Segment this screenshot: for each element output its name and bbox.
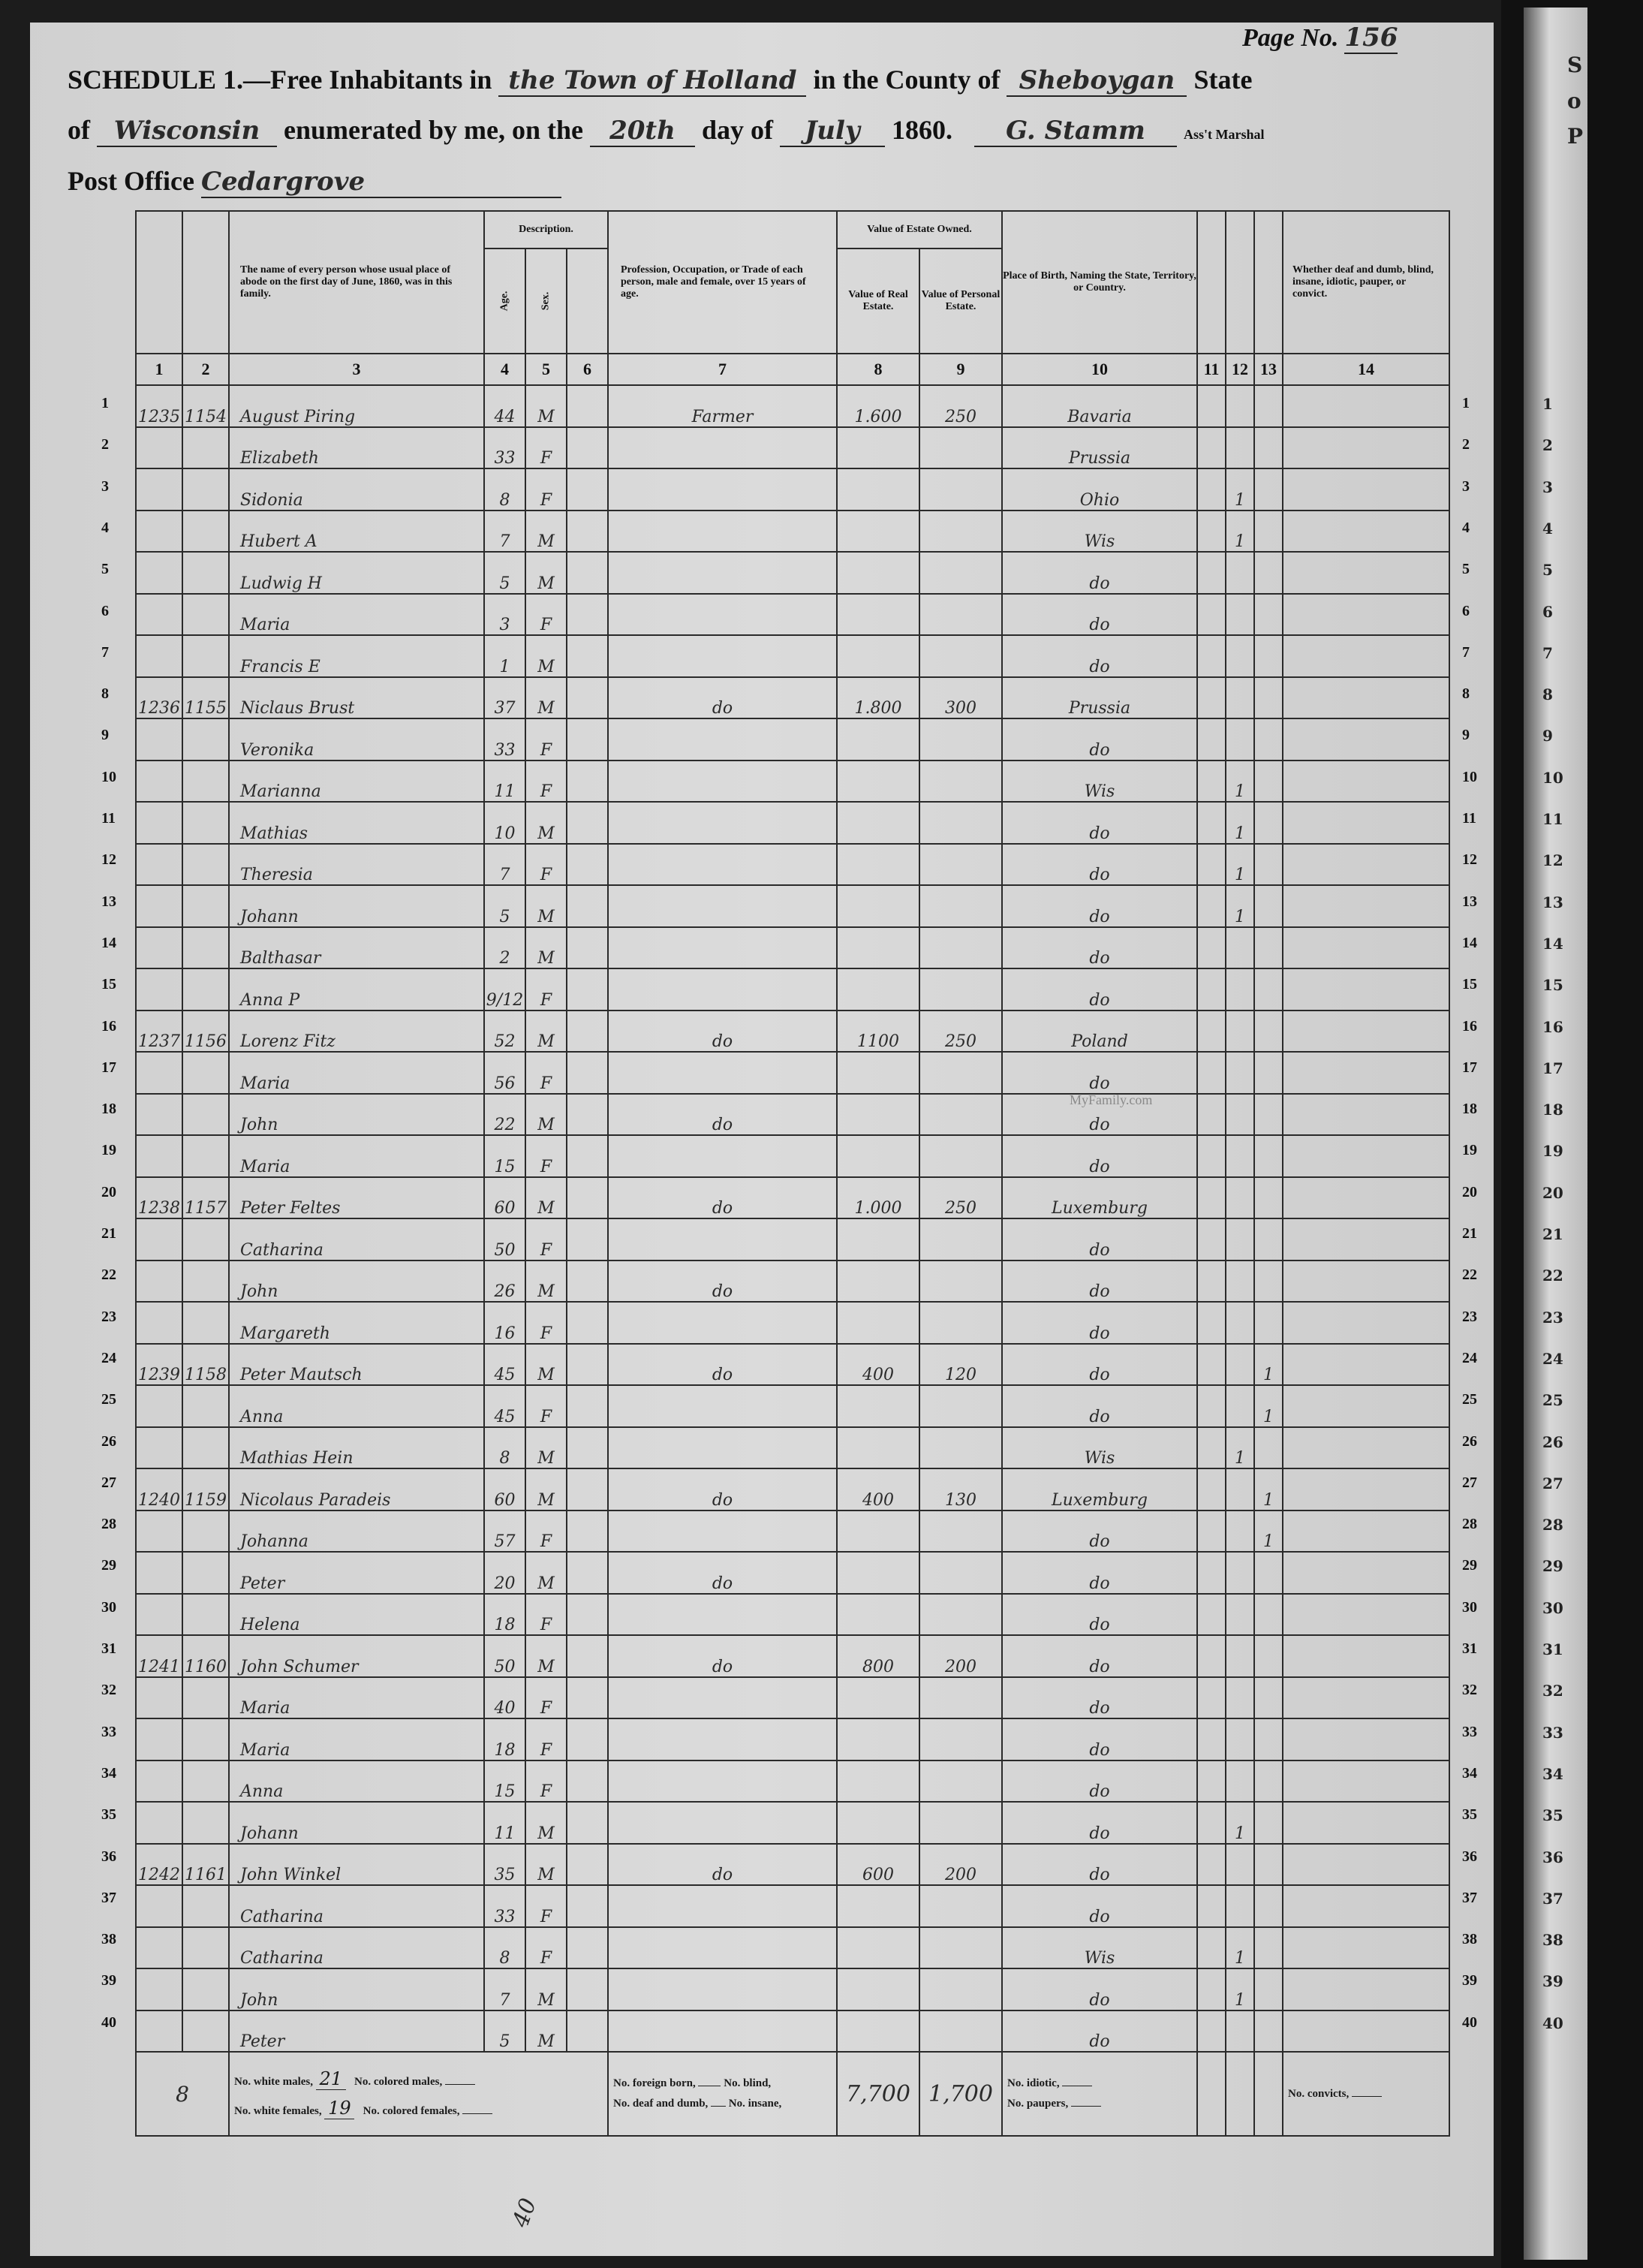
color-cell xyxy=(567,2010,608,2053)
page-number: Page No.156 xyxy=(1242,23,1398,54)
adjacent-row-number: 4 xyxy=(1542,520,1553,538)
dwelling-number-cell: 1242 xyxy=(136,1844,182,1886)
age-cell: 57 xyxy=(484,1510,525,1553)
occupation-cell: do xyxy=(608,1344,837,1386)
age-cell: 16 xyxy=(484,1302,525,1344)
cannot-read-write-cell xyxy=(1254,927,1283,969)
adjacent-row-number: 30 xyxy=(1542,1599,1563,1617)
sex-cell: F xyxy=(525,844,567,886)
cannot-read-write-cell xyxy=(1254,1927,1283,1969)
birthplace-cell: do xyxy=(1002,1302,1197,1344)
birthplace-cell: do xyxy=(1002,1261,1197,1303)
disability-cell xyxy=(1283,677,1449,719)
dwelling-number-cell xyxy=(136,1968,182,2010)
real-estate-value-cell xyxy=(837,1135,919,1177)
birthplace-cell: do xyxy=(1002,1718,1197,1760)
table-row: Helena18Fdo xyxy=(136,1594,1449,1636)
adjacent-row-number: 22 xyxy=(1542,1267,1563,1285)
sex-cell: M xyxy=(525,1468,567,1510)
table-row: Catharina8FWis1 xyxy=(136,1927,1449,1969)
married-cell xyxy=(1197,511,1226,553)
real-estate-value-cell: 800 xyxy=(837,1635,919,1677)
dwellings-note: 8 xyxy=(136,2052,229,2136)
dwelling-number-cell xyxy=(136,635,182,677)
dwelling-number-cell xyxy=(136,1218,182,1261)
sex-cell: F xyxy=(525,594,567,636)
row-number-right: 2 xyxy=(1462,436,1470,453)
dwelling-number-cell xyxy=(136,885,182,927)
attended-school-cell xyxy=(1226,1844,1254,1886)
personal-estate-value-cell: 200 xyxy=(919,1844,1002,1886)
age-cell: 18 xyxy=(484,1594,525,1636)
attended-school-cell xyxy=(1226,1468,1254,1510)
white-females-count: 19 xyxy=(324,2098,354,2119)
occupation-cell xyxy=(608,1135,837,1177)
occupation-cell xyxy=(608,802,837,844)
row-number-right: 4 xyxy=(1462,520,1470,537)
row-number-right: 31 xyxy=(1462,1640,1477,1658)
adjacent-row-number: 21 xyxy=(1542,1225,1563,1243)
cannot-read-write-cell xyxy=(1254,594,1283,636)
occupation-cell xyxy=(608,1385,837,1427)
personal-estate-value-cell xyxy=(919,511,1002,553)
table-row: Balthasar2Mdo xyxy=(136,927,1449,969)
disability-cell xyxy=(1283,718,1449,761)
row-number-left: 7 xyxy=(101,644,109,661)
attended-school-cell xyxy=(1226,1261,1254,1303)
dwelling-number-cell: 1235 xyxy=(136,385,182,427)
disability-cell xyxy=(1283,511,1449,553)
occupation-cell: do xyxy=(608,1844,837,1886)
sex-cell: F xyxy=(525,1052,567,1094)
row-number-left: 28 xyxy=(101,1516,116,1533)
person-name-cell: Peter Feltes xyxy=(229,1177,484,1219)
person-name-cell: Veronika xyxy=(229,718,484,761)
real-estate-value-cell xyxy=(837,1927,919,1969)
occupation-cell: do xyxy=(608,1468,837,1510)
color-cell xyxy=(567,1218,608,1261)
occupation-cell xyxy=(608,1885,837,1927)
married-cell xyxy=(1197,552,1226,594)
attended-school-cell xyxy=(1226,968,1254,1011)
age-cell: 7 xyxy=(484,511,525,553)
real-estate-value-cell xyxy=(837,1677,919,1719)
col-number-11: 11 xyxy=(1197,354,1226,385)
dwelling-number-cell xyxy=(136,1052,182,1094)
person-name-cell: John Schumer xyxy=(229,1635,484,1677)
family-number-cell xyxy=(182,1552,229,1594)
post-office-field: Cedargrove xyxy=(201,167,561,198)
attended-school-cell xyxy=(1226,1594,1254,1636)
color-cell xyxy=(567,885,608,927)
disability-cell xyxy=(1283,635,1449,677)
adjacent-row-number: 3 xyxy=(1542,478,1553,496)
adjacent-row-number: 34 xyxy=(1542,1765,1563,1783)
real-estate-value-cell xyxy=(837,1094,919,1136)
color-cell xyxy=(567,1510,608,1553)
color-cell xyxy=(567,1718,608,1760)
family-number-cell: 1155 xyxy=(182,677,229,719)
disability-cell xyxy=(1283,1718,1449,1760)
sex-cell: M xyxy=(525,2010,567,2053)
real-estate-value-cell xyxy=(837,427,919,469)
attended-school-cell: 1 xyxy=(1226,844,1254,886)
color-cell xyxy=(567,468,608,511)
occupation-cell xyxy=(608,844,837,886)
disability-cell xyxy=(1283,968,1449,1011)
birthplace-cell: do xyxy=(1002,885,1197,927)
real-estate-value-cell: 600 xyxy=(837,1844,919,1886)
disability-cell xyxy=(1283,2010,1449,2053)
married-cell xyxy=(1197,1677,1226,1719)
col-number-7: 7 xyxy=(608,354,837,385)
color-cell xyxy=(567,1052,608,1094)
table-row: Johanna57Fdo1 xyxy=(136,1510,1449,1553)
person-name-cell: Margareth xyxy=(229,1302,484,1344)
person-name-cell: Maria xyxy=(229,1677,484,1719)
col-number-3: 3 xyxy=(229,354,484,385)
person-name-cell: Johann xyxy=(229,1802,484,1844)
age-cell: 15 xyxy=(484,1760,525,1803)
dwelling-number-cell xyxy=(136,552,182,594)
occupation-cell xyxy=(608,1218,837,1261)
personal-estate-value-cell xyxy=(919,1427,1002,1469)
birthplace-cell: do xyxy=(1002,635,1197,677)
color-cell xyxy=(567,1760,608,1803)
personal-estate-value-cell xyxy=(919,594,1002,636)
color-cell xyxy=(567,1468,608,1510)
color-cell xyxy=(567,1135,608,1177)
family-number-cell xyxy=(182,1135,229,1177)
disability-cell xyxy=(1283,1385,1449,1427)
row-number-left: 8 xyxy=(101,685,109,703)
real-estate-value-cell xyxy=(837,1302,919,1344)
married-cell xyxy=(1197,1344,1226,1386)
dwelling-number-cell xyxy=(136,427,182,469)
family-number-cell xyxy=(182,1718,229,1760)
color-cell xyxy=(567,1594,608,1636)
cannot-read-write-cell: 1 xyxy=(1254,1468,1283,1510)
sex-cell: M xyxy=(525,1802,567,1844)
sex-cell: F xyxy=(525,1218,567,1261)
attended-school-cell: 1 xyxy=(1226,1802,1254,1844)
color-cell xyxy=(567,802,608,844)
sex-cell: M xyxy=(525,1968,567,2010)
disability-cell xyxy=(1283,552,1449,594)
age-cell: 7 xyxy=(484,1968,525,2010)
col-school-header: Attended School within the year. xyxy=(1226,211,1254,354)
real-estate-value-cell: 1.800 xyxy=(837,677,919,719)
cannot-read-write-cell: 1 xyxy=(1254,1385,1283,1427)
row-number-left: 9 xyxy=(101,727,109,744)
disability-cell xyxy=(1283,1844,1449,1886)
table-row: Sidonia8FOhio1 xyxy=(136,468,1449,511)
sex-cell: M xyxy=(525,1844,567,1886)
table-row: Catharina50Fdo xyxy=(136,1218,1449,1261)
row-number-left: 29 xyxy=(101,1557,116,1574)
married-cell xyxy=(1197,844,1226,886)
occupation-cell xyxy=(608,1052,837,1094)
birthplace-cell: do xyxy=(1002,802,1197,844)
dwelling-number-cell xyxy=(136,802,182,844)
dwelling-number-cell xyxy=(136,927,182,969)
col-number-4: 4 xyxy=(484,354,525,385)
personal-estate-value-cell xyxy=(919,802,1002,844)
row-number-left: 13 xyxy=(101,893,116,911)
married-cell xyxy=(1197,1052,1226,1094)
day-field: 20th xyxy=(590,116,695,147)
col-number-13: 13 xyxy=(1254,354,1283,385)
age-cell: 33 xyxy=(484,427,525,469)
age-cell: 60 xyxy=(484,1468,525,1510)
color-cell xyxy=(567,1968,608,2010)
col-dwelling-header: Dwelling-houses—numbered in the order of… xyxy=(136,211,182,354)
disability-cell xyxy=(1283,1135,1449,1177)
cannot-read-write-cell xyxy=(1254,1011,1283,1053)
color-cell xyxy=(567,1635,608,1677)
person-name-cell: Marianna xyxy=(229,761,484,803)
description-group-header: Description. xyxy=(484,211,608,248)
birthplace-cell: do xyxy=(1002,594,1197,636)
row-number-right: 18 xyxy=(1462,1101,1477,1118)
age-cell: 8 xyxy=(484,1927,525,1969)
row-number-left: 5 xyxy=(101,561,109,578)
color-cell xyxy=(567,1261,608,1303)
married-cell xyxy=(1197,1468,1226,1510)
age-cell: 3 xyxy=(484,594,525,636)
occupation-cell xyxy=(608,1760,837,1803)
real-estate-value-cell xyxy=(837,1594,919,1636)
row-number-right: 35 xyxy=(1462,1806,1477,1824)
real-estate-value-cell xyxy=(837,927,919,969)
row-number-right: 34 xyxy=(1462,1765,1477,1782)
person-name-cell: Mathias xyxy=(229,802,484,844)
person-name-cell: Maria xyxy=(229,594,484,636)
dwelling-number-cell xyxy=(136,761,182,803)
attended-school-cell xyxy=(1226,718,1254,761)
birthplace-cell: do xyxy=(1002,1885,1197,1927)
personal-estate-value-cell xyxy=(919,1510,1002,1553)
sex-cell: F xyxy=(525,468,567,511)
row-number-left: 3 xyxy=(101,478,109,495)
real-estate-value-cell: 400 xyxy=(837,1468,919,1510)
person-name-cell: Peter xyxy=(229,2010,484,2053)
row-number-right: 21 xyxy=(1462,1225,1477,1242)
person-name-cell: John xyxy=(229,1968,484,2010)
family-number-cell xyxy=(182,1427,229,1469)
person-name-cell: Anna xyxy=(229,1760,484,1803)
family-number-cell xyxy=(182,844,229,886)
row-number-left: 20 xyxy=(101,1184,116,1201)
cannot-read-write-cell xyxy=(1254,1635,1283,1677)
dwelling-number-cell xyxy=(136,1677,182,1719)
marshal-field: G. Stamm xyxy=(974,116,1177,147)
attended-school-cell: 1 xyxy=(1226,761,1254,803)
family-number-cell xyxy=(182,968,229,1011)
birthplace-cell: do xyxy=(1002,1052,1197,1094)
cannot-read-write-cell xyxy=(1254,1885,1283,1927)
sex-cell: M xyxy=(525,1094,567,1136)
sex-cell: M xyxy=(525,552,567,594)
real-estate-value-cell xyxy=(837,1760,919,1803)
family-number-cell xyxy=(182,1760,229,1803)
cannot-read-write-cell xyxy=(1254,1718,1283,1760)
row-number-right: 3 xyxy=(1462,478,1470,495)
dwelling-number-cell xyxy=(136,1427,182,1469)
birthplace-cell: Luxemburg xyxy=(1002,1468,1197,1510)
disability-cell xyxy=(1283,1011,1449,1053)
real-estate-value-cell xyxy=(837,1385,919,1427)
disability-cell xyxy=(1283,385,1449,427)
row-number-left: 1 xyxy=(101,395,109,412)
age-cell: 9/12 xyxy=(484,968,525,1011)
cannot-read-write-cell xyxy=(1254,844,1283,886)
cannot-read-write-cell xyxy=(1254,1218,1283,1261)
dwelling-number-cell: 1237 xyxy=(136,1011,182,1053)
disability-cell xyxy=(1283,885,1449,927)
disability-cell xyxy=(1283,1594,1449,1636)
dwelling-number-cell: 1241 xyxy=(136,1635,182,1677)
personal-estate-value-cell xyxy=(919,635,1002,677)
adjacent-row-number: 37 xyxy=(1542,1890,1563,1908)
table-row: Peter5Mdo xyxy=(136,2010,1449,2053)
married-cell xyxy=(1197,1510,1226,1553)
disability-cell xyxy=(1283,1760,1449,1803)
adjacent-row-number: 6 xyxy=(1542,603,1553,621)
row-number-right: 8 xyxy=(1462,685,1470,703)
married-cell xyxy=(1197,1135,1226,1177)
sex-cell: M xyxy=(525,511,567,553)
real-estate-value-cell xyxy=(837,844,919,886)
birthplace-cell: Prussia xyxy=(1002,677,1197,719)
real-estate-value-cell xyxy=(837,1802,919,1844)
attended-school-cell xyxy=(1226,1677,1254,1719)
disability-cell xyxy=(1283,844,1449,886)
cannot-read-write-cell xyxy=(1254,1677,1283,1719)
row-number-left: 24 xyxy=(101,1350,116,1367)
age-cell: 5 xyxy=(484,2010,525,2053)
married-cell xyxy=(1197,1927,1226,1969)
col-number-6: 6 xyxy=(567,354,608,385)
occupation-cell: do xyxy=(608,1177,837,1219)
family-number-cell xyxy=(182,427,229,469)
dwelling-number-cell xyxy=(136,1718,182,1760)
color-cell xyxy=(567,1302,608,1344)
married-cell xyxy=(1197,2010,1226,2053)
attended-school-cell xyxy=(1226,1135,1254,1177)
personal-estate-value-cell xyxy=(919,1968,1002,2010)
row-number-left: 35 xyxy=(101,1806,116,1824)
attended-school-cell xyxy=(1226,1344,1254,1386)
birthplace-cell: do xyxy=(1002,844,1197,886)
color-cell xyxy=(567,1885,608,1927)
birthplace-cell: Wis xyxy=(1002,761,1197,803)
row-number-right: 7 xyxy=(1462,644,1470,661)
age-cell: 50 xyxy=(484,1218,525,1261)
person-name-cell: Helena xyxy=(229,1594,484,1636)
personal-estate-value-cell: 130 xyxy=(919,1468,1002,1510)
sex-cell: F xyxy=(525,1760,567,1803)
col-real-estate-header: Value of Real Estate. xyxy=(837,248,919,354)
adjacent-row-number: 35 xyxy=(1542,1806,1563,1824)
totals-convicts: No. convicts, xyxy=(1283,2052,1449,2136)
row-number-left: 11 xyxy=(101,810,116,827)
married-cell xyxy=(1197,635,1226,677)
col-birthplace-header: Place of Birth, Naming the State, Territ… xyxy=(1002,211,1197,354)
disability-cell xyxy=(1283,1468,1449,1510)
dwelling-number-cell xyxy=(136,1135,182,1177)
attended-school-cell xyxy=(1226,1760,1254,1803)
disability-cell xyxy=(1283,1302,1449,1344)
family-number-cell: 1156 xyxy=(182,1011,229,1053)
sex-cell: F xyxy=(525,761,567,803)
occupation-cell xyxy=(608,1718,837,1760)
dwelling-number-cell xyxy=(136,844,182,886)
birthplace-cell: do xyxy=(1002,1594,1197,1636)
age-cell: 50 xyxy=(484,1635,525,1677)
table-row: Mathias10Mdo1 xyxy=(136,802,1449,844)
table-row: Maria56Fdo xyxy=(136,1052,1449,1094)
attended-school-cell xyxy=(1226,552,1254,594)
table-row: Veronika33Fdo xyxy=(136,718,1449,761)
attended-school-cell xyxy=(1226,385,1254,427)
person-name-cell: Sidonia xyxy=(229,468,484,511)
family-number-cell: 1159 xyxy=(182,1468,229,1510)
real-estate-value-cell xyxy=(837,718,919,761)
attended-school-cell: 1 xyxy=(1226,1427,1254,1469)
table-row: Ludwig H5Mdo xyxy=(136,552,1449,594)
sex-cell: F xyxy=(525,1385,567,1427)
color-cell xyxy=(567,427,608,469)
table-row: Marianna11FWis1 xyxy=(136,761,1449,803)
row-number-right: 27 xyxy=(1462,1474,1477,1492)
dwelling-number-cell xyxy=(136,1885,182,1927)
table-row: Maria15Fdo xyxy=(136,1135,1449,1177)
birthplace-cell: Prussia xyxy=(1002,427,1197,469)
row-number-left: 23 xyxy=(101,1309,116,1326)
dwelling-number-cell xyxy=(136,1927,182,1969)
disability-cell xyxy=(1283,1927,1449,1969)
age-cell: 56 xyxy=(484,1052,525,1094)
personal-estate-value-cell xyxy=(919,1927,1002,1969)
real-estate-value-cell xyxy=(837,1427,919,1469)
row-number-left: 19 xyxy=(101,1142,116,1159)
cannot-read-write-cell xyxy=(1254,677,1283,719)
person-name-cell: Maria xyxy=(229,1052,484,1094)
col-number-14: 14 xyxy=(1283,354,1449,385)
table-row: 12371156Lorenz Fitz52Mdo1100250Poland xyxy=(136,1011,1449,1053)
enumeration-line: of Wisconsin enumerated by me, on the 20… xyxy=(68,114,1264,147)
sex-cell: F xyxy=(525,427,567,469)
real-estate-value-cell xyxy=(837,1968,919,2010)
cannot-read-write-cell xyxy=(1254,968,1283,1011)
family-number-cell: 1157 xyxy=(182,1177,229,1219)
age-cell: 7 xyxy=(484,844,525,886)
attended-school-cell: 1 xyxy=(1226,468,1254,511)
married-cell xyxy=(1197,1011,1226,1053)
adjacent-row-number: 1 xyxy=(1542,395,1553,413)
cannot-read-write-cell xyxy=(1254,552,1283,594)
birthplace-cell: do xyxy=(1002,1635,1197,1677)
disability-cell xyxy=(1283,761,1449,803)
cannot-read-write-cell: 1 xyxy=(1254,1510,1283,1553)
adjacent-row-number: 24 xyxy=(1542,1350,1563,1368)
table-row: 12351154August Piring44MFarmer1.600250Ba… xyxy=(136,385,1449,427)
table-row: 12381157Peter Feltes60Mdo1.000250Luxembu… xyxy=(136,1177,1449,1219)
married-cell xyxy=(1197,677,1226,719)
family-number-cell xyxy=(182,1594,229,1636)
occupation-cell: do xyxy=(608,1261,837,1303)
